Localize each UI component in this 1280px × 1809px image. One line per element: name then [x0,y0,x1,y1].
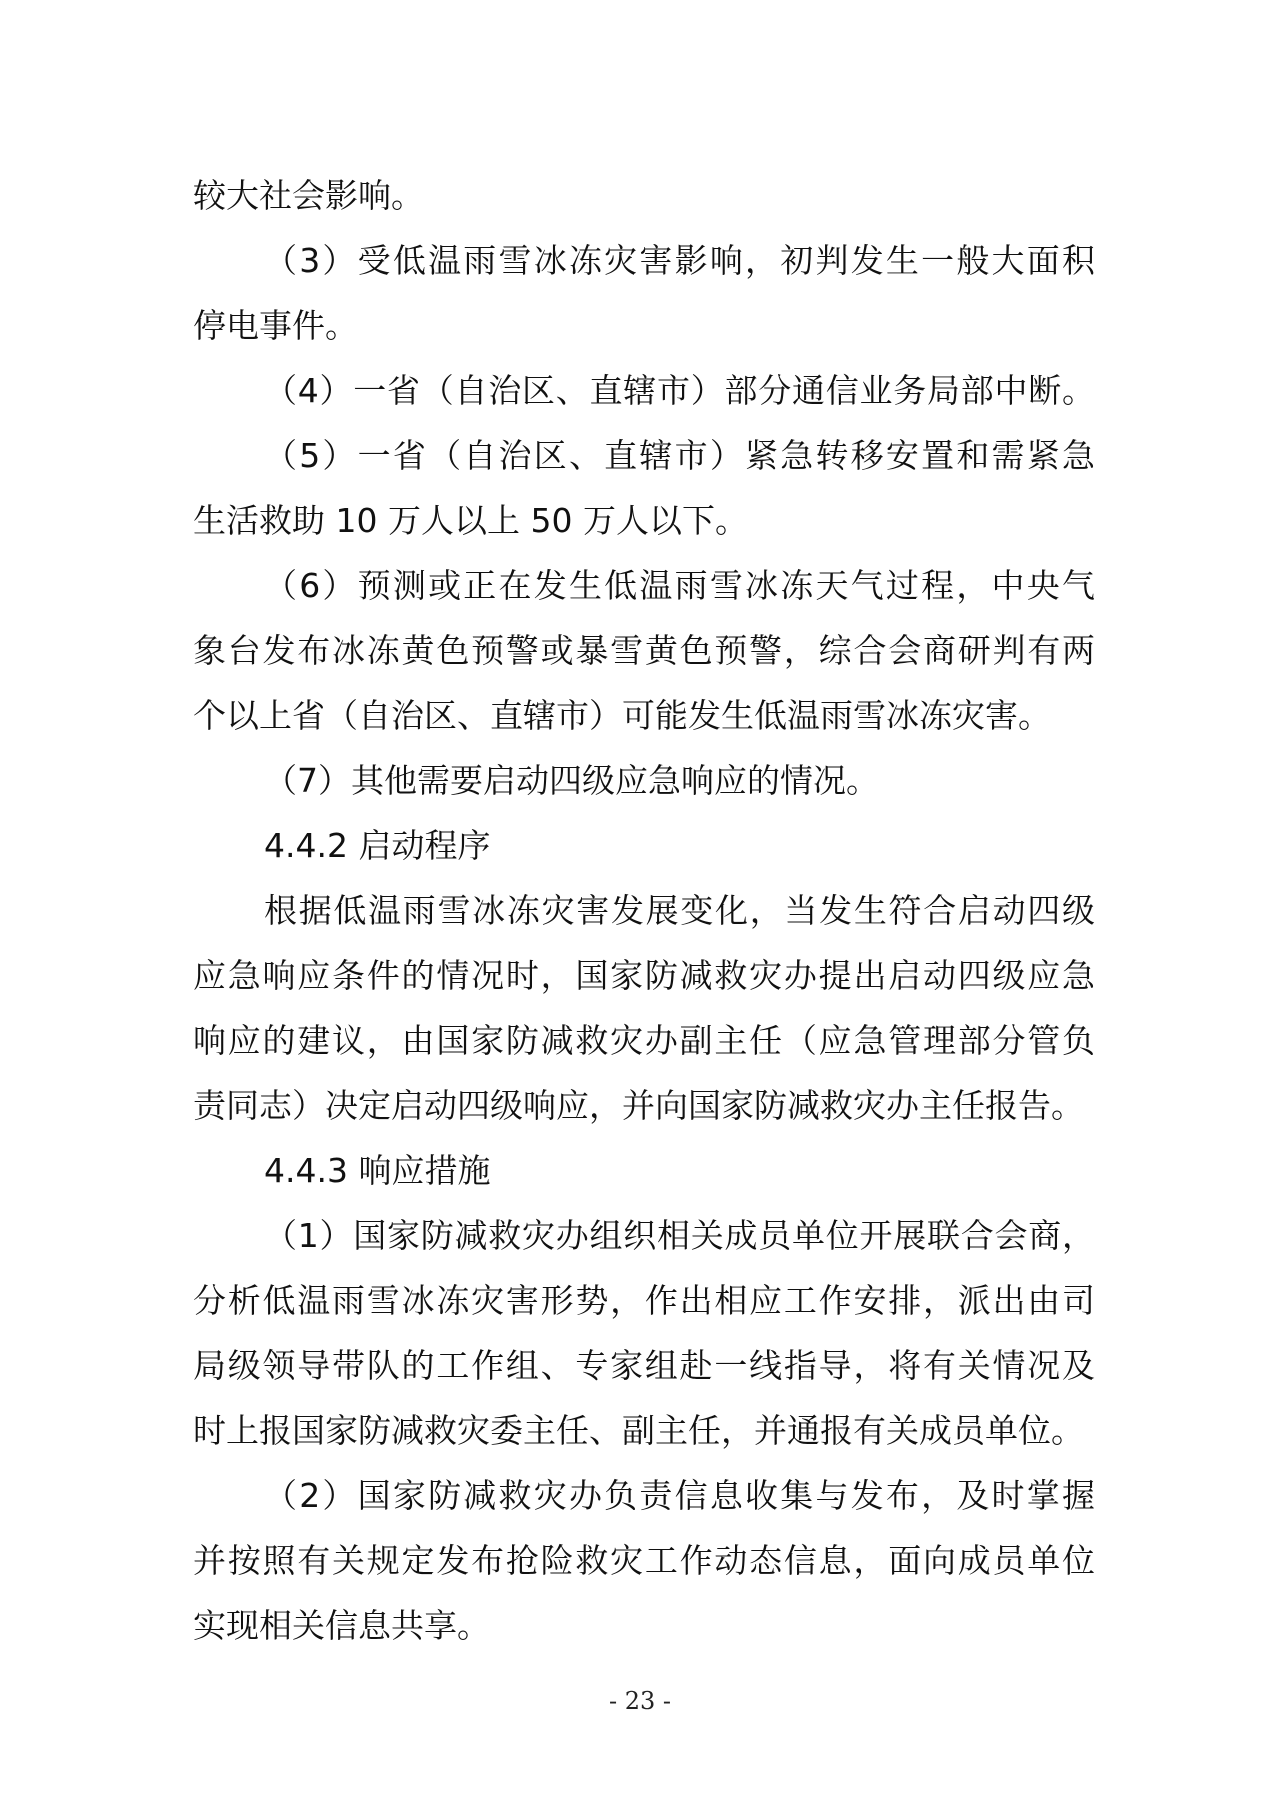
page-number: - 23 - [0,1687,1280,1715]
paragraph-line: 停电事件。 [193,301,1095,351]
paragraph-line: 生活救助 10 万人以上 50 万人以下。 [193,496,1095,546]
paragraph-line: （4）一省（自治区、直辖市）部分通信业务局部中断。 [264,366,1095,416]
paragraph-line: （6）预测或正在发生低温雨雪冰冻天气过程，中央气 [264,561,1095,611]
paragraph-line: 较大社会影响。 [193,171,1095,221]
paragraph-line: （1）国家防减救灾办组织相关成员单位开展联合会商， [264,1211,1095,1261]
document-page: 较大社会影响。（3）受低温雨雪冰冻灾害影响，初判发生一般大面积停电事件。（4）一… [0,0,1280,1809]
paragraph-line: （3）受低温雨雪冰冻灾害影响，初判发生一般大面积 [264,236,1095,286]
paragraph-line: 责同志）决定启动四级响应，并向国家防减救灾办主任报告。 [193,1081,1095,1131]
paragraph-line: 应急响应条件的情况时，国家防减救灾办提出启动四级应急 [193,951,1095,1001]
paragraph-line: （5）一省（自治区、直辖市）紧急转移安置和需紧急 [264,431,1095,481]
paragraph-line: 象台发布冰冻黄色预警或暴雪黄色预警，综合会商研判有两 [193,626,1095,676]
paragraph-line: 个以上省（自治区、直辖市）可能发生低温雨雪冰冻灾害。 [193,691,1095,741]
paragraph-line: 局级领导带队的工作组、专家组赴一线指导，将有关情况及 [193,1341,1095,1391]
paragraph-line: （2）国家防减救灾办负责信息收集与发布，及时掌握 [264,1471,1095,1521]
paragraph-line: 分析低温雨雪冰冻灾害形势，作出相应工作安排，派出由司 [193,1276,1095,1326]
section-heading: 4.4.3 响应措施 [264,1146,864,1196]
paragraph-line: （7）其他需要启动四级应急响应的情况。 [264,756,1095,806]
paragraph-line: 响应的建议，由国家防减救灾办副主任（应急管理部分管负 [193,1016,1095,1066]
paragraph-line: 并按照有关规定发布抢险救灾工作动态信息，面向成员单位 [193,1536,1095,1586]
section-heading: 4.4.2 启动程序 [264,821,864,871]
paragraph-line: 实现相关信息共享。 [193,1601,1095,1651]
paragraph-line: 时上报国家防减救灾委主任、副主任，并通报有关成员单位。 [193,1406,1095,1456]
paragraph-line: 根据低温雨雪冰冻灾害发展变化，当发生符合启动四级 [264,886,1095,936]
